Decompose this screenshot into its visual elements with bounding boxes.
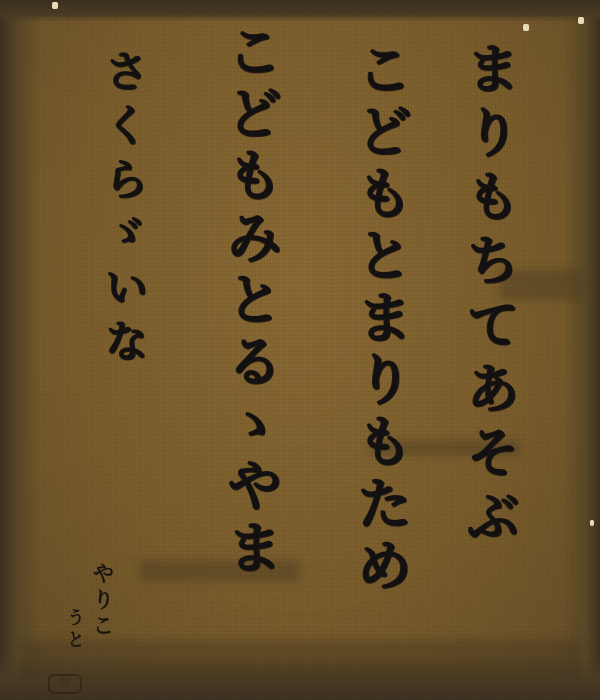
ink-wash-stain: [20, 640, 580, 680]
paint-flake: [578, 17, 584, 24]
paint-flake: [590, 520, 594, 526]
signature-line-1: やりこ: [86, 562, 117, 640]
paint-flake: [523, 24, 529, 31]
calligraphy-column-3: こどもみとるゝやま: [222, 22, 278, 580]
calligraphy-board: まりもちてあそぶ こどもとまりもため こどもみとるゝやま さくらゞいな やりこ …: [0, 0, 600, 700]
calligraphy-column-4: さくらゞいな: [100, 48, 144, 372]
calligraphy-column-1: まりもちてあそぶ: [462, 40, 516, 552]
calligraphy-column-2: こどもとまりもため: [352, 40, 408, 598]
artist-seal: 印: [48, 674, 82, 694]
paint-flake: [52, 2, 58, 9]
signature-line-2: うと: [61, 608, 87, 652]
